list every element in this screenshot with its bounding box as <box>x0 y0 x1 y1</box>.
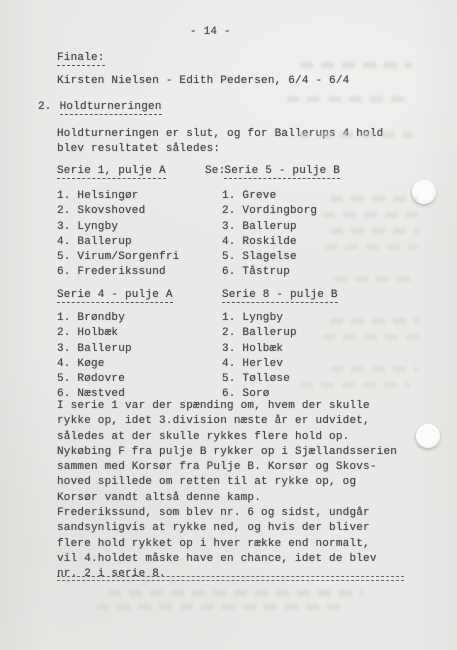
team-row: 5. Virum/Sorgenfri <box>57 250 179 265</box>
team-row: 3. Lyngby <box>57 220 179 235</box>
bleedthrough-ghost <box>330 228 420 234</box>
serie-1-heading: Serie 1, pulje A <box>57 165 166 179</box>
serie-8-standings: 1. Lyngby2. Ballerup3. Holbæk4. Herlev5.… <box>222 311 297 403</box>
team-row: 3. Ballerup <box>222 220 317 235</box>
team-row: 2. Holbæk <box>57 326 132 341</box>
paragraph-line: sammen med Korsør fra Pulje B. Korsør og… <box>57 460 397 475</box>
punch-hole-bottom <box>416 424 440 448</box>
team-row: 3. Holbæk <box>222 342 297 357</box>
paragraph-line: Korsør vandt altså denne kamp. <box>57 491 397 506</box>
overtype-fragment: Se: <box>205 165 225 177</box>
finale-heading: Finale: <box>57 52 105 66</box>
team-row: 4. Ballerup <box>57 235 179 250</box>
serie-4-title: Serie 4 - pulje A <box>57 289 173 303</box>
separator-line <box>57 576 404 581</box>
finale-heading-text: Finale: <box>57 52 105 66</box>
team-row: 2. Skovshoved <box>57 204 179 219</box>
bleedthrough-ghost <box>300 382 410 388</box>
section-heading-text: Holdturneringen <box>60 101 162 115</box>
intro-line: blev resultatet således: <box>57 142 383 157</box>
serie-4-standings: 1. Brøndby2. Holbæk3. Ballerup4. Køge5. … <box>57 311 132 403</box>
paragraph-line: sandsynligvis at rykke ned, og hvis der … <box>57 521 397 536</box>
team-row: 5. Slagelse <box>222 250 317 265</box>
paragraph-line: hoved spillede om retten til at rykke op… <box>57 475 397 490</box>
scanned-document-page: - 14 - Finale: Kirsten Nielsen - Edith P… <box>0 0 457 650</box>
team-row: 2. Vordingborg <box>222 204 317 219</box>
serie-5-heading: Se:Serie 5 - pulje B <box>205 165 340 179</box>
serie-1-standings: 1. Helsingør2. Skovshoved3. Lyngby4. Bal… <box>57 189 179 281</box>
team-row: 2. Ballerup <box>222 326 297 341</box>
page-number: - 14 - <box>190 26 231 38</box>
bleedthrough-ghost <box>322 212 418 218</box>
bleedthrough-ghost <box>330 318 420 324</box>
team-row: 5. Rødovre <box>57 372 132 387</box>
team-row: 6. Frederikssund <box>57 265 179 280</box>
serie-8-heading: Serie 8 - pulje B <box>222 289 338 303</box>
team-row: 4. Roskilde <box>222 235 317 250</box>
section-heading: 2.Holdturneringen <box>38 101 162 115</box>
team-row: 4. Herlev <box>222 357 297 372</box>
serie-5-standings: 1. Greve2. Vordingborg3. Ballerup4. Rosk… <box>222 189 317 281</box>
bleedthrough-ghost <box>330 366 418 372</box>
paragraph-line: rykke op, idet 3.division næste år er ud… <box>57 414 397 429</box>
bleedthrough-ghost <box>96 604 344 610</box>
finale-result: Kirsten Nielsen - Edith Pedersen, 6/4 - … <box>57 75 349 87</box>
bleedthrough-ghost <box>300 62 412 68</box>
team-row: 1. Greve <box>222 189 317 204</box>
team-row: 1. Brøndby <box>57 311 132 326</box>
commentary-paragraph: I serie 1 var der spænding om, hvem der … <box>57 399 397 583</box>
paragraph-line: I serie 1 var der spænding om, hvem der … <box>57 399 397 414</box>
bleedthrough-ghost <box>324 244 418 250</box>
serie-1-title: Serie 1, pulje A <box>57 165 166 179</box>
team-row: 1. Helsingør <box>57 189 179 204</box>
team-row: 3. Ballerup <box>57 342 132 357</box>
bleedthrough-ghost <box>298 132 414 138</box>
team-row: 4. Køge <box>57 357 132 372</box>
bleedthrough-ghost <box>286 96 412 102</box>
bleedthrough-ghost <box>330 196 418 202</box>
bleedthrough-ghost <box>108 590 364 596</box>
team-row: 1. Lyngby <box>222 311 297 326</box>
serie-8-title: Serie 8 - pulje B <box>222 289 338 303</box>
bleedthrough-ghost <box>334 276 418 282</box>
paragraph-line: Frederikssund, som blev nr. 6 og sidst, … <box>57 506 397 521</box>
team-row: 6. Tåstrup <box>222 265 317 280</box>
section-number: 2. <box>38 101 52 113</box>
paragraph-line: flere hold rykket op i hver række end no… <box>57 537 397 552</box>
serie-4-heading: Serie 4 - pulje A <box>57 289 173 303</box>
paragraph-line: vil 4.holdet måske have en chance, idet … <box>57 552 397 567</box>
team-row: 5. Tølløse <box>222 372 297 387</box>
serie-5-title: Serie 5 - pulje B <box>224 165 340 179</box>
paragraph-line: således at der skulle rykkes flere hold … <box>57 430 397 445</box>
bleedthrough-ghost <box>322 334 420 340</box>
paragraph-line: Nykøbing F fra pulje B rykker op i Sjæll… <box>57 445 397 460</box>
